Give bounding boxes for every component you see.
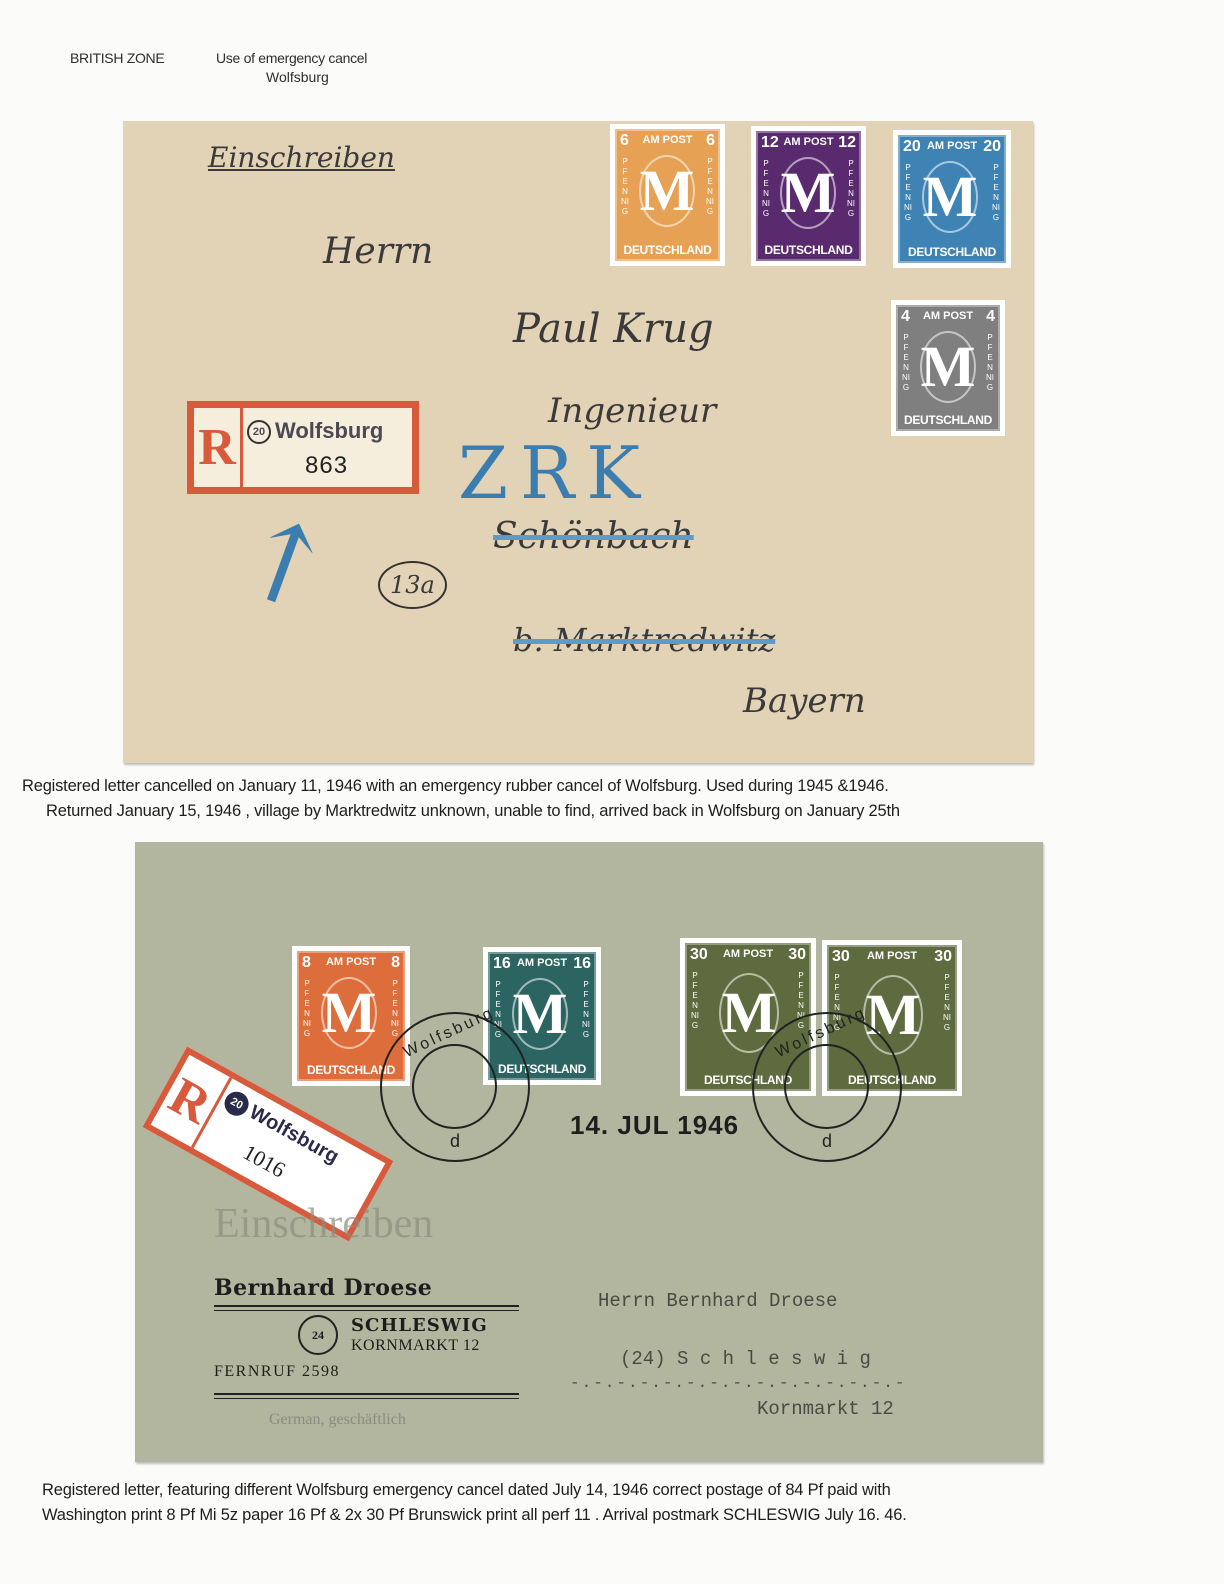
stamp-face: 6 AM POST 6 PFENNIG M PFENNIG DEUTSCHLAN… (615, 129, 720, 261)
stamp-20pf: 20 AM POST 20 PFENNIG M PFENNIG DEUTSCHL… (893, 130, 1011, 268)
stamp-face: 4 AM POST 4 PFENNIG M PFENNIG DEUTSCHLAN… (896, 305, 1000, 431)
zone-title: BRITISH ZONE (70, 50, 164, 66)
divider (214, 1393, 519, 1399)
registration-label-863: R 20Wolfsburg 863 (187, 401, 419, 494)
postal-zone-circle: 24 (298, 1315, 338, 1355)
registration-text: 20Wolfsburg 863 (243, 408, 412, 487)
subject-title: Use of emergency cancel (216, 50, 367, 66)
m-emblem-icon: M (639, 155, 695, 227)
address-line-3: Kornmarkt 12 (757, 1398, 894, 1420)
postmark-left: Wolfsburg d (380, 1012, 530, 1162)
address-line-2: (24) S c h l e s w i g (620, 1348, 871, 1370)
faint-handstamp: Einschreiben (214, 1200, 433, 1248)
postmark-right: Wolfsburg d (752, 1012, 902, 1162)
faint-note: German, geschäftlich (269, 1411, 406, 1429)
stamp-6pf: 6 AM POST 6 PFENNIG M PFENNIG DEUTSCHLAN… (610, 124, 725, 266)
sender-imprint: Bernhard Droese 24 SCHLESWIG KORNMARKT 1… (214, 1275, 519, 1315)
registration-town: Wolfsburg (275, 418, 383, 443)
registration-number: 863 (305, 452, 348, 480)
arrow-icon: ↑ (219, 489, 349, 641)
registered-r-icon: R (194, 408, 243, 487)
stamp-face: 20 AM POST 20 PFENNIG M PFENNIG DEUTSCHL… (898, 135, 1006, 263)
stamp-4pf: 4 AM POST 4 PFENNIG M PFENNIG DEUTSCHLAN… (891, 300, 1005, 436)
sender-city: SCHLESWIG (351, 1315, 488, 1336)
stamp-face: 12 AM POST 12 PFENNIG M PFENNIG DEUTSCHL… (756, 131, 861, 261)
caption-1-line-1: Registered letter cancelled on January 1… (22, 777, 889, 796)
place-title: Wolfsburg (266, 69, 329, 85)
m-emblem-icon: M (780, 157, 836, 229)
m-emblem-icon: M (321, 977, 377, 1049)
m-emblem-icon: M (512, 978, 568, 1050)
divider (214, 1305, 519, 1311)
handwriting-name: Paul Krug (513, 306, 714, 352)
address-line-1: Herrn Bernhard Droese (598, 1290, 837, 1312)
registration-number: 1016 (239, 1139, 290, 1183)
handwriting-near-struck: b. Marktredwitz (513, 621, 775, 659)
sender-phone: FERNRUF 2598 (214, 1363, 340, 1381)
caption-2-line-1: Registered letter, featuring different W… (42, 1481, 891, 1500)
postmark-date: 14. JUL 1946 (570, 1110, 739, 1141)
postcode-circle: 20 (247, 420, 271, 444)
sender-street: KORNMARKT 12 (351, 1337, 480, 1355)
address-dotted-rule: -.-.-.-.-.-.-.-.-.-.-.-.-.-.- (570, 1374, 906, 1392)
handwriting-blue-mark: ZRK (458, 431, 652, 515)
handwriting-district: 13a (378, 561, 447, 609)
handwriting-state: Bayern (743, 681, 866, 721)
m-emblem-icon: M (920, 331, 976, 403)
handwriting-salutation: Herrn (323, 231, 433, 272)
handwriting-registered: Einschreiben (208, 141, 395, 174)
handwriting-title: Ingenieur (548, 391, 716, 431)
caption-1-line-2: Returned January 15, 1946 , village by M… (46, 802, 900, 821)
handwriting-village-struck: Schönbach (493, 516, 694, 557)
sender-name: Bernhard Droese (214, 1275, 519, 1301)
m-emblem-icon: M (922, 161, 978, 233)
stamp-12pf: 12 AM POST 12 PFENNIG M PFENNIG DEUTSCHL… (751, 126, 866, 266)
caption-2-line-2: Washington print 8 Pf Mi 5z paper 16 Pf … (42, 1506, 907, 1525)
